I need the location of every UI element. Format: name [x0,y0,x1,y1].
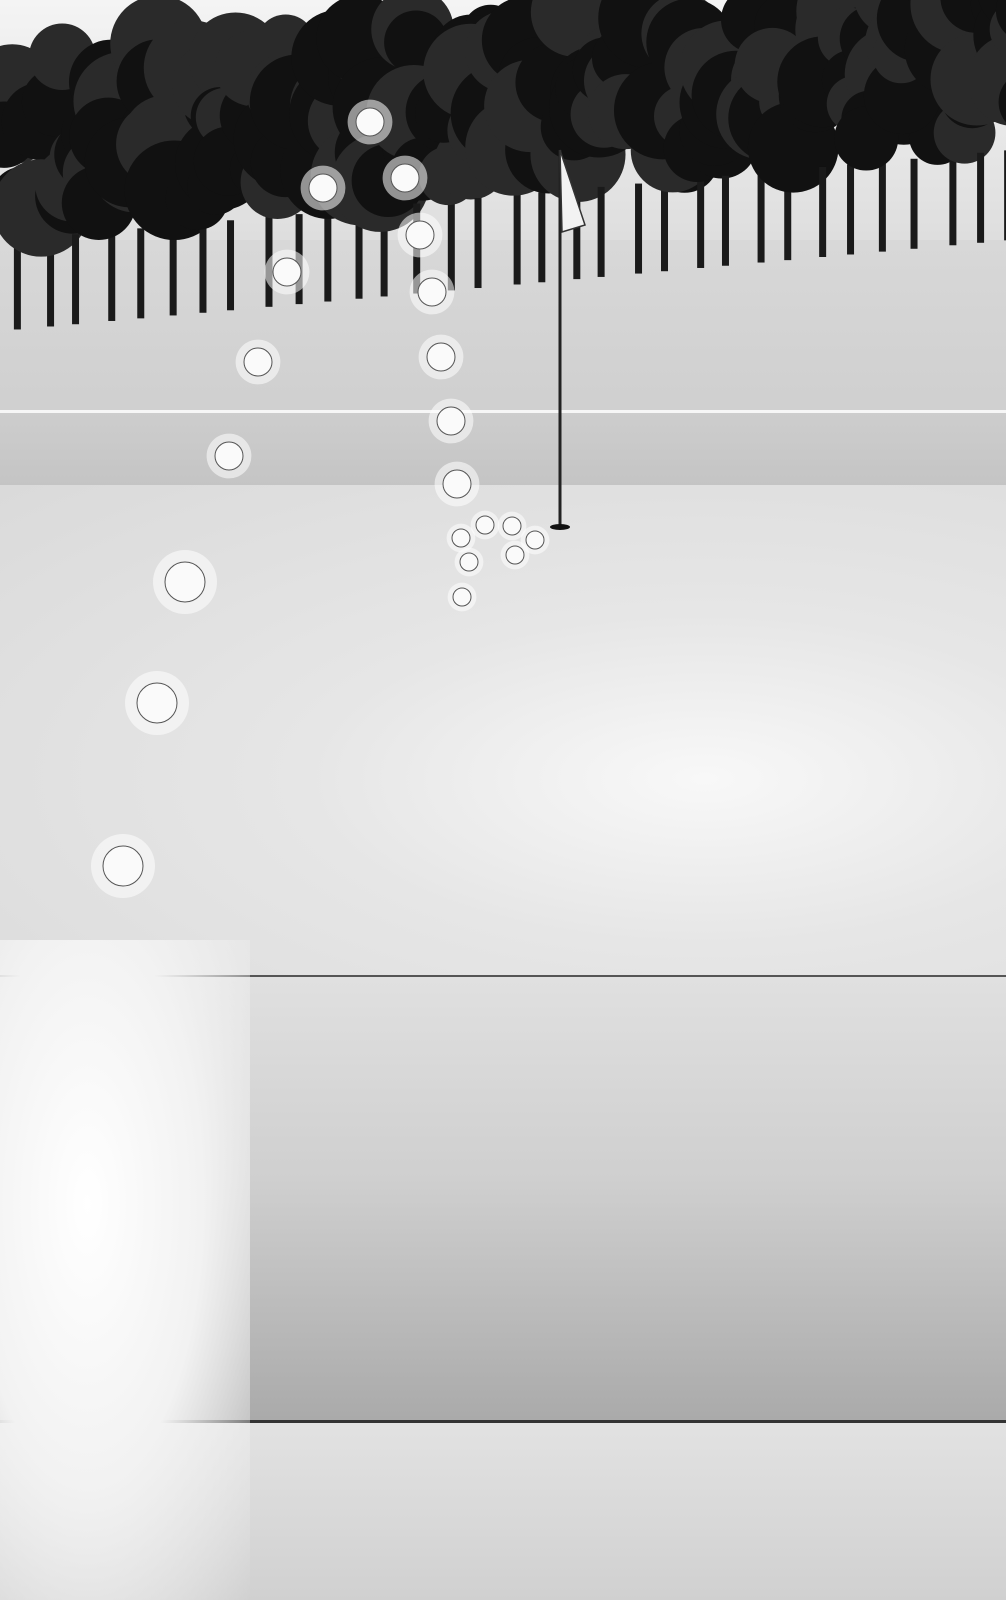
manga-panel [0,0,1006,1600]
tree-line [0,0,1006,329]
scene-overlay [0,0,1006,1600]
flagstick [550,150,585,530]
